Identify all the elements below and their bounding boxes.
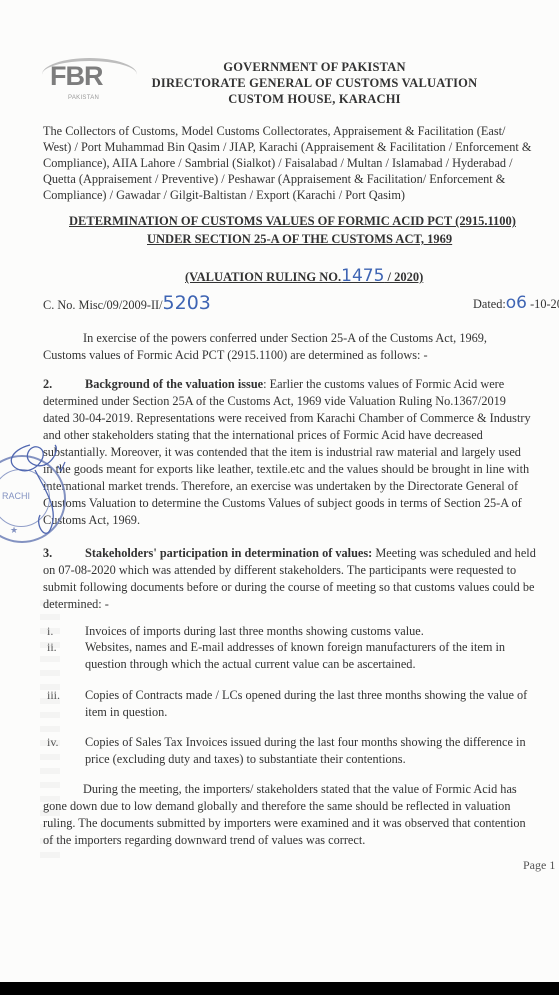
- section-2-line: and other stakeholders stating that the …: [43, 428, 483, 443]
- intro-line: Customs values of Formic Acid PCT (2915.…: [43, 348, 428, 363]
- section-2-line: in the goods meant for exports like leat…: [43, 462, 529, 477]
- closing-line: of the importers regarding downward tren…: [43, 833, 365, 848]
- ruling-prefix: (VALUATION RULING NO.: [185, 270, 341, 284]
- list-item: Copies of Sales Tax Invoices issued duri…: [85, 735, 526, 750]
- addressee-line: Compliance) / Gawadar / Gilgit-Baltistan…: [43, 188, 405, 203]
- section-2-line: determined under Section 25A of the Cust…: [43, 394, 506, 409]
- closing-line: During the meeting, the importers/ stake…: [83, 782, 517, 797]
- section-2-line: international market trends. Therefore, …: [43, 479, 518, 494]
- list-item: question through which the actual curren…: [85, 657, 416, 672]
- file-prefix: C. No. Misc/09/2009-II/: [43, 298, 163, 312]
- subject-line-2: UNDER SECTION 25-A OF THE CUSTOMS ACT, 1…: [147, 232, 452, 247]
- ruling-suffix: / 2020): [384, 270, 423, 284]
- list-item: Invoices of imports during last three mo…: [85, 624, 424, 639]
- section-3-text: Meeting was scheduled and held: [372, 546, 536, 560]
- file-number-handwritten: 5203: [163, 292, 211, 314]
- list-item: Websites, names and E-mail addresses of …: [85, 640, 505, 655]
- subject-line-1: DETERMINATION OF CUSTOMS VALUES OF FORMI…: [69, 214, 516, 229]
- valuation-ruling-number: (VALUATION RULING NO.1475 / 2020): [185, 266, 423, 286]
- list-item: Copies of Contracts made / LCs opened du…: [85, 688, 527, 703]
- list-item: price (excluding duty and taxes) to subs…: [85, 752, 406, 767]
- scanned-document-page: FBR PAKISTAN GOVERNMENT OF PAKISTAN DIRE…: [0, 0, 559, 982]
- addressee-line: Quetta (Appraisement / Preventive) / Pes…: [43, 172, 505, 187]
- list-item: item in question.: [85, 705, 167, 720]
- file-reference: C. No. Misc/09/2009-II/5203: [43, 296, 211, 313]
- closing-line: ruling. The documents submitted by impor…: [43, 816, 526, 831]
- section-2-line: substantially. Moreover, it was contende…: [43, 445, 521, 460]
- section-2-line: Customs Valuation to determine the Custo…: [43, 496, 522, 511]
- section-2-line: dated 30-04-2019. Representations were r…: [43, 411, 531, 426]
- letterhead-directorate: DIRECTORATE GENERAL OF CUSTOMS VALUATION: [0, 76, 559, 91]
- signature-icon: [0, 420, 80, 550]
- page-number: Page 1: [523, 858, 555, 873]
- dated-label: Dated:: [473, 297, 506, 311]
- section-3-line: submit following documents before or dur…: [43, 580, 534, 595]
- addressee-line: Compliance), AIIA Lahore / Sambrial (Sia…: [43, 156, 513, 171]
- addressee-line: West) / Port Muhammad Bin Qasim / JIAP, …: [43, 140, 531, 155]
- dated-rest: -10-2020: [527, 297, 559, 311]
- section-2-text: : Earlier the customs values of Formic A…: [263, 377, 504, 391]
- section-3-line: on 07-08-2020 which was attended by diff…: [43, 563, 516, 578]
- intro-line: In exercise of the powers conferred unde…: [83, 331, 487, 346]
- section-3-first-line: Stakeholders' participation in determina…: [85, 546, 536, 561]
- ruling-number-handwritten: 1475: [341, 266, 384, 286]
- bottom-black-bar: [0, 982, 559, 995]
- addressee-line: The Collectors of Customs, Model Customs…: [43, 124, 505, 139]
- dated: Dated:o6 -10-2020: [473, 296, 559, 312]
- section-2-first-line: Background of the valuation issue: Earli…: [85, 377, 504, 392]
- letterhead-address: CUSTOM HOUSE, KARACHI: [0, 92, 559, 107]
- dated-day-handwritten: o6: [506, 293, 527, 313]
- section-3-heading: Stakeholders' participation in determina…: [85, 546, 372, 560]
- section-2-number: 2.: [43, 377, 52, 392]
- scan-artifact: [40, 600, 60, 860]
- closing-line: gone down due to low demand globally and…: [43, 799, 510, 814]
- section-2-heading: Background of the valuation issue: [85, 377, 263, 391]
- letterhead-government: GOVERNMENT OF PAKISTAN: [0, 60, 559, 75]
